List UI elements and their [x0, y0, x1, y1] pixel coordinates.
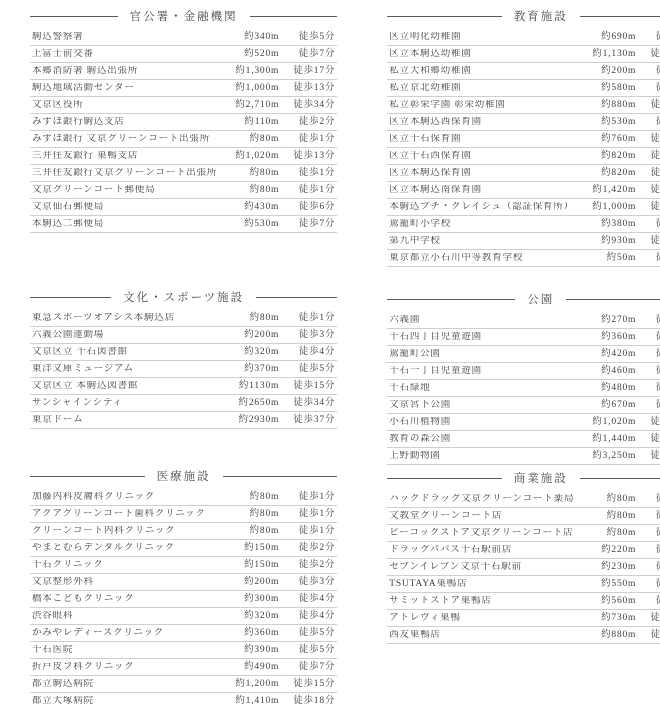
facility-distance: 約80m: [217, 509, 279, 520]
facility-walk-time: 徒歩2分: [279, 560, 335, 571]
facility-walk-time: 徒歩15分: [279, 679, 335, 690]
facility-distance: 約200m: [574, 66, 636, 77]
facility-walk-time: 徒歩1分: [279, 492, 335, 503]
facility-name: 都立駒込病院: [32, 679, 217, 690]
facility-distance: 約340m: [217, 32, 279, 43]
facility-table: 区立明化幼稚園 約690m 徒歩9分 区立本駒込幼稚園 約1,130m 徒歩15…: [387, 29, 660, 267]
facility-distance: 約150m: [217, 560, 279, 571]
facility-walk-time: 徒歩9分: [636, 400, 660, 411]
facility-walk-time: 徒歩3分: [636, 545, 660, 556]
facility-table: 六義園 約270m 徒歩4分 千石四丁目児童遊園 約360m 徒歩5分 駕籠町公…: [387, 312, 660, 465]
table-row: 小石川植物園 約1,020m 徒歩13分: [387, 414, 660, 431]
facility-walk-time: 徒歩34分: [279, 100, 335, 111]
facility-walk-time: 徒歩6分: [636, 349, 660, 360]
header-rule-left: [30, 476, 145, 477]
table-row: 渋谷眼科 約320m 徒歩4分: [30, 608, 337, 625]
facility-name: 駒込地域活動センター: [32, 83, 217, 94]
facility-walk-time: 徒歩6分: [279, 202, 335, 213]
facility-walk-time: 徒歩2分: [279, 543, 335, 554]
facility-distance: 約490m: [217, 662, 279, 673]
facility-walk-time: 徒歩13分: [636, 417, 660, 428]
facility-distance: 約1130m: [217, 381, 279, 392]
facility-walk-time: 徒歩1分: [279, 526, 335, 537]
table-row: 区立本駒込幼稚園 約1,130m 徒歩15分: [387, 46, 660, 63]
section-header-government-finance: 官公署・金融機関: [30, 8, 337, 24]
facility-walk-time: 徒歩13分: [279, 151, 335, 162]
facility-distance: 約420m: [574, 349, 636, 360]
table-row: 区立千石西保育園 約820m 徒歩11分: [387, 148, 660, 165]
facility-name: 東洋文庫ミュージアム: [32, 364, 217, 375]
facility-name: 橋本こどもクリニック: [32, 594, 217, 605]
facility-walk-time: 徒歩13分: [279, 83, 335, 94]
facility-walk-time: 徒歩6分: [636, 366, 660, 377]
header-rule-left: [30, 297, 111, 298]
facility-walk-time: 徒歩7分: [279, 219, 335, 230]
section-header-medical: 医療施設: [30, 468, 337, 484]
facility-walk-time: 徒歩4分: [636, 315, 660, 326]
table-row: ピーコックストア文京グリーンコート店 約80m 徒歩1分: [387, 525, 660, 542]
section-parks: 公園 六義園 約270m 徒歩4分 千石四丁目児童遊園 約360m 徒歩5分: [387, 291, 660, 465]
section-government-finance: 官公署・金融機関 駒込警察署 約340m 徒歩5分 上富士前交番 約520m 徒…: [30, 8, 337, 233]
table-row: 橋本こどもクリニック 約300m 徒歩4分: [30, 591, 337, 608]
facility-name: グリーンコート内科クリニック: [32, 526, 217, 537]
header-rule-right: [580, 16, 660, 17]
table-row: サンシャインシティ 約2650m 徒歩34分: [30, 395, 337, 412]
table-row: 区立千石保育園 約760m 徒歩10分: [387, 131, 660, 148]
table-row: アトレヴィ巣鴨 約730m 徒歩10分: [387, 610, 660, 627]
header-rule-right: [223, 476, 338, 477]
table-row: 東京ドーム 約2930m 徒歩37分: [30, 412, 337, 429]
facility-distance: 約1,020m: [217, 151, 279, 162]
table-row: 三井住友銀行文京グリーンコート出張所 約80m 徒歩1分: [30, 165, 337, 182]
facility-distance: 約370m: [217, 364, 279, 375]
facility-name: アクアグリーンコート歯科クリニック: [32, 509, 217, 520]
facility-name: 私立大和郷幼稚園: [389, 66, 574, 77]
facility-distance: 約80m: [574, 528, 636, 539]
facility-distance: 約150m: [217, 543, 279, 554]
header-rule-left: [30, 16, 118, 17]
facility-walk-time: 徒歩7分: [636, 117, 660, 128]
facility-name: サンシャインシティ: [32, 398, 217, 409]
table-row: 私立京北幼稚園 約580m 徒歩8分: [387, 80, 660, 97]
facility-table: 駒込警察署 約340m 徒歩5分 上富士前交番 約520m 徒歩7分 本郷消防署…: [30, 29, 337, 233]
table-row: 折戸皮フ科クリニック 約490m 徒歩7分: [30, 659, 337, 676]
facility-name: 加藤内科皮膚科クリニック: [32, 492, 217, 503]
table-row: ハックドラッグ文京グリーンコート薬局 約80m 徒歩1分: [387, 491, 660, 508]
facility-name: サミットストア巣鴨店: [389, 596, 574, 607]
facility-distance: 約530m: [574, 117, 636, 128]
table-row: ドラッグパパス千石駅前店 約220m 徒歩3分: [387, 542, 660, 559]
table-row: みずほ銀行 文京グリーンコート出張所 約80m 徒歩1分: [30, 131, 337, 148]
facility-distance: 約80m: [217, 168, 279, 179]
table-row: サミットストア巣鴨店 約560m 徒歩7分: [387, 593, 660, 610]
facility-distance: 約580m: [574, 83, 636, 94]
facility-name: 私立京北幼稚園: [389, 83, 574, 94]
facility-name: 駒込警察署: [32, 32, 217, 43]
facility-walk-time: 徒歩10分: [636, 134, 660, 145]
facility-name: 六義公園運動場: [32, 330, 217, 341]
facility-walk-time: 徒歩11分: [636, 100, 660, 111]
facility-walk-time: 徒歩8分: [636, 83, 660, 94]
facility-name: ハックドラッグ文京グリーンコート薬局: [389, 494, 574, 505]
facility-distance: 約1,000m: [217, 83, 279, 94]
facility-name: アトレヴィ巣鴨: [389, 613, 574, 624]
section-medical: 医療施設 加藤内科皮膚科クリニック 約80m 徒歩1分 アクアグリーンコート歯科…: [30, 468, 337, 704]
section-title: 文化・スポーツ施設: [111, 289, 256, 305]
facility-name: 千石医院: [32, 645, 217, 656]
facility-name: 区立本駒込幼稚園: [389, 49, 574, 60]
facility-distance: 約80m: [574, 511, 636, 522]
facility-name: ドラッグパパス千石駅前店: [389, 545, 574, 556]
facility-name: 駕籠町公園: [389, 349, 574, 360]
facility-distance: 約520m: [217, 49, 279, 60]
facility-name: 本駒込二郵便局: [32, 219, 217, 230]
facility-walk-time: 徒歩13分: [636, 202, 660, 213]
facility-distance: 約460m: [574, 366, 636, 377]
facility-walk-time: 徒歩5分: [279, 32, 335, 43]
header-rule-right: [566, 299, 660, 300]
table-row: 駕籠町公園 約420m 徒歩6分: [387, 346, 660, 363]
facility-distance: 約270m: [574, 315, 636, 326]
table-row: やまとむらデンタルクリニック 約150m 徒歩2分: [30, 540, 337, 557]
table-row: 第九中学校 約930m 徒歩12分: [387, 233, 660, 250]
facility-name: かみやレディースクリニック: [32, 628, 217, 639]
facility-distance: 約1,130m: [574, 49, 636, 60]
table-row: TSUTAYA巣鴨店 約550m 徒歩7分: [387, 576, 660, 593]
facility-table: 東急スポーツオアシス本駒込店 約80m 徒歩1分 六義公園運動場 約200m 徒…: [30, 310, 337, 429]
table-row: 都立大塚病院 約1,410m 徒歩18分: [30, 693, 337, 704]
facility-name: 折戸皮フ科クリニック: [32, 662, 217, 673]
table-row: 東京都立小石川中等教育学校 約50m 徒歩1分: [387, 250, 660, 267]
facility-name: みずほ銀行駒込支店: [32, 117, 217, 128]
facility-name: 第九中学校: [389, 236, 574, 247]
table-row: 本駒込二郵便局 約530m 徒歩7分: [30, 216, 337, 233]
table-row: 文教堂グリーンコート店 約80m 徒歩1分: [387, 508, 660, 525]
facility-walk-time: 徒歩3分: [636, 66, 660, 77]
facility-distance: 約530m: [217, 219, 279, 230]
facility-walk-time: 徒歩37分: [279, 415, 335, 426]
section-header-parks: 公園: [387, 291, 660, 307]
section-header-shopping: 商業施設: [387, 470, 660, 486]
table-row: 本駒込プチ・クレイシュ（認証保育所） 約1,000m 徒歩13分: [387, 199, 660, 216]
facility-name: 区立千石保育園: [389, 134, 574, 145]
table-row: 文京区立 千石図書館 約320m 徒歩4分: [30, 344, 337, 361]
facility-distance: 約220m: [574, 545, 636, 556]
right-column: 教育施設 区立明化幼稚園 約690m 徒歩9分 区立本駒込幼稚園 約1,130m…: [387, 8, 660, 704]
table-row: 駕籠町小学校 約380m 徒歩5分: [387, 216, 660, 233]
table-row: 加藤内科皮膚科クリニック 約80m 徒歩1分: [30, 489, 337, 506]
facility-distance: 約2930m: [217, 415, 279, 426]
facility-walk-time: 徒歩5分: [279, 628, 335, 639]
facility-distance: 約80m: [217, 313, 279, 324]
facility-name: 本駒込プチ・クレイシュ（認証保育所）: [389, 202, 574, 213]
table-row: 千石緑地 約480m 徒歩6分: [387, 380, 660, 397]
facility-name: 三井住友銀行 巣鴨支店: [32, 151, 217, 162]
facility-walk-time: 徒歩5分: [279, 364, 335, 375]
table-row: 区立明化幼稚園 約690m 徒歩9分: [387, 29, 660, 46]
table-row: 私立彰栄学園 彰栄幼稚園 約880m 徒歩11分: [387, 97, 660, 114]
facility-name: 文京グリーンコート郵便局: [32, 185, 217, 196]
facility-name: 東京ドーム: [32, 415, 217, 426]
section-shopping: 商業施設 ハックドラッグ文京グリーンコート薬局 約80m 徒歩1分 文教堂グリー…: [387, 470, 660, 644]
facility-walk-time: 徒歩41分: [636, 451, 660, 462]
facility-distance: 約230m: [574, 562, 636, 573]
facility-distance: 約730m: [574, 613, 636, 624]
facility-name: TSUTAYA巣鴨店: [389, 579, 574, 590]
header-rule-right: [580, 478, 660, 479]
table-row: 区立本駒込保育園 約820m 徒歩11分: [387, 165, 660, 182]
facility-distance: 約360m: [574, 332, 636, 343]
facility-distance: 約320m: [217, 347, 279, 358]
facility-distance: 約1,300m: [217, 66, 279, 77]
facility-name: 千石クリニック: [32, 560, 217, 571]
facility-walk-time: 徒歩4分: [279, 594, 335, 605]
table-row: 六義園 約270m 徒歩4分: [387, 312, 660, 329]
facility-distance: 約360m: [217, 628, 279, 639]
facility-name: 本郷消防署 駒込出張所: [32, 66, 217, 77]
facility-walk-time: 徒歩11分: [636, 168, 660, 179]
facility-name: 区立本駒込西保育園: [389, 117, 574, 128]
table-row: 都立駒込病院 約1,200m 徒歩15分: [30, 676, 337, 693]
facility-name: 駕籠町小学校: [389, 219, 574, 230]
facility-walk-time: 徒歩18分: [279, 696, 335, 704]
facility-distance: 約670m: [574, 400, 636, 411]
table-row: 文京区立 本駒込図書館 約1130m 徒歩15分: [30, 378, 337, 395]
facility-walk-time: 徒歩5分: [279, 645, 335, 656]
table-row: グリーンコート内科クリニック 約80m 徒歩1分: [30, 523, 337, 540]
facility-walk-time: 徒歩15分: [636, 49, 660, 60]
table-row: 東洋文庫ミュージアム 約370m 徒歩5分: [30, 361, 337, 378]
facility-distance: 約820m: [574, 168, 636, 179]
table-row: 西友巣鴨店 約880m 徒歩11分: [387, 627, 660, 644]
facility-walk-time: 徒歩7分: [636, 579, 660, 590]
facility-name: 西友巣鴨店: [389, 630, 574, 641]
table-row: 区立本駒込西保育園 約530m 徒歩7分: [387, 114, 660, 131]
facility-walk-time: 徒歩18分: [636, 434, 660, 445]
table-row: 駒込警察署 約340m 徒歩5分: [30, 29, 337, 46]
facility-walk-time: 徒歩1分: [636, 494, 660, 505]
facility-name: 千石緑地: [389, 383, 574, 394]
facility-name: やまとむらデンタルクリニック: [32, 543, 217, 554]
facility-walk-time: 徒歩1分: [279, 134, 335, 145]
header-rule-left: [387, 478, 502, 479]
facility-distance: 約2,710m: [217, 100, 279, 111]
table-row: 千石一丁目児童遊園 約460m 徒歩6分: [387, 363, 660, 380]
facility-distance: 約560m: [574, 596, 636, 607]
facility-distance: 約1,200m: [217, 679, 279, 690]
section-title: 商業施設: [502, 470, 580, 486]
facility-name: 上野動物園: [389, 451, 574, 462]
facility-distance: 約80m: [217, 185, 279, 196]
table-row: 教育の森公園 約1,440m 徒歩18分: [387, 431, 660, 448]
facility-name: 都立大塚病院: [32, 696, 217, 704]
table-row: 上富士前交番 約520m 徒歩7分: [30, 46, 337, 63]
facility-walk-time: 徒歩3分: [636, 562, 660, 573]
table-row: 区立本駒込南保育園 約1,420m 徒歩18分: [387, 182, 660, 199]
facility-walk-time: 徒歩7分: [279, 49, 335, 60]
facility-name: 私立彰栄学園 彰栄幼稚園: [389, 100, 574, 111]
facility-walk-time: 徒歩4分: [279, 611, 335, 622]
table-row: 千石医院 約390m 徒歩5分: [30, 642, 337, 659]
facility-distance: 約3,250m: [574, 451, 636, 462]
facility-walk-time: 徒歩10分: [636, 613, 660, 624]
facility-name: 小石川植物園: [389, 417, 574, 428]
facility-distance: 約880m: [574, 100, 636, 111]
facility-name: 東急スポーツオアシス本駒込店: [32, 313, 217, 324]
facility-walk-time: 徒歩1分: [636, 528, 660, 539]
facility-distance: 約930m: [574, 236, 636, 247]
facility-walk-time: 徒歩11分: [636, 630, 660, 641]
facility-distance: 約1,000m: [574, 202, 636, 213]
facility-name: みずほ銀行 文京グリーンコート出張所: [32, 134, 217, 145]
facility-name: 区立千石西保育園: [389, 151, 574, 162]
facility-walk-time: 徒歩1分: [636, 511, 660, 522]
facility-walk-time: 徒歩3分: [279, 577, 335, 588]
table-row: 東急スポーツオアシス本駒込店 約80m 徒歩1分: [30, 310, 337, 327]
facility-walk-time: 徒歩15分: [279, 381, 335, 392]
facility-name: 東京都立小石川中等教育学校: [389, 253, 574, 264]
facility-walk-time: 徒歩1分: [279, 509, 335, 520]
facility-name: 六義園: [389, 315, 574, 326]
left-column: 官公署・金融機関 駒込警察署 約340m 徒歩5分 上富士前交番 約520m 徒…: [30, 8, 337, 704]
facility-walk-time: 徒歩2分: [279, 117, 335, 128]
facility-name: 文京区立 千石図書館: [32, 347, 217, 358]
facility-name: 文京宮下公園: [389, 400, 574, 411]
facility-distance: 約760m: [574, 134, 636, 145]
facility-walk-time: 徒歩1分: [279, 185, 335, 196]
facility-distance: 約390m: [217, 645, 279, 656]
facility-distance: 約880m: [574, 630, 636, 641]
facility-table: ハックドラッグ文京グリーンコート薬局 約80m 徒歩1分 文教堂グリーンコート店…: [387, 491, 660, 644]
table-row: 六義公園運動場 約200m 徒歩3分: [30, 327, 337, 344]
facility-distance-page: 官公署・金融機関 駒込警察署 約340m 徒歩5分 上富士前交番 約520m 徒…: [0, 0, 660, 704]
facility-distance: 約2650m: [217, 398, 279, 409]
facility-distance: 約200m: [217, 577, 279, 588]
facility-walk-time: 徒歩12分: [636, 236, 660, 247]
facility-walk-time: 徒歩5分: [636, 219, 660, 230]
facility-walk-time: 徒歩1分: [279, 313, 335, 324]
facility-distance: 約690m: [574, 32, 636, 43]
table-row: 上野動物園 約3,250m 徒歩41分: [387, 448, 660, 465]
table-row: 文京グリーンコート郵便局 約80m 徒歩1分: [30, 182, 337, 199]
facility-walk-time: 徒歩6分: [636, 383, 660, 394]
facility-name: 区立本駒込南保育園: [389, 185, 574, 196]
facility-distance: 約50m: [574, 253, 636, 264]
facility-distance: 約300m: [217, 594, 279, 605]
facility-distance: 約820m: [574, 151, 636, 162]
table-row: 私立大和郷幼稚園 約200m 徒歩3分: [387, 63, 660, 80]
facility-distance: 約110m: [217, 117, 279, 128]
facility-distance: 約320m: [217, 611, 279, 622]
section-title: 公園: [515, 291, 566, 307]
table-row: みずほ銀行駒込支店 約110m 徒歩2分: [30, 114, 337, 131]
facility-distance: 約80m: [217, 526, 279, 537]
facility-distance: 約380m: [574, 219, 636, 230]
facility-distance: 約430m: [217, 202, 279, 213]
table-row: 文京整形外科 約200m 徒歩3分: [30, 574, 337, 591]
section-header-education: 教育施設: [387, 8, 660, 24]
section-title: 医療施設: [145, 468, 223, 484]
table-row: 文京区役所 約2,710m 徒歩34分: [30, 97, 337, 114]
facility-name: 文京整形外科: [32, 577, 217, 588]
table-row: セブンイレブン文京千石駅前 約230m 徒歩3分: [387, 559, 660, 576]
facility-distance: 約550m: [574, 579, 636, 590]
facility-walk-time: 徒歩18分: [636, 185, 660, 196]
facility-name: 区立明化幼稚園: [389, 32, 574, 43]
facility-walk-time: 徒歩7分: [636, 596, 660, 607]
table-row: 本郷消防署 駒込出張所 約1,300m 徒歩17分: [30, 63, 337, 80]
facility-table: 加藤内科皮膚科クリニック 約80m 徒歩1分 アクアグリーンコート歯科クリニック…: [30, 489, 337, 704]
facility-name: 文京区立 本駒込図書館: [32, 381, 217, 392]
section-education: 教育施設 区立明化幼稚園 約690m 徒歩9分 区立本駒込幼稚園 約1,130m…: [387, 8, 660, 267]
facility-name: 千石四丁目児童遊園: [389, 332, 574, 343]
facility-walk-time: 徒歩4分: [279, 347, 335, 358]
table-row: 文京仙石郵便局 約430m 徒歩6分: [30, 199, 337, 216]
facility-walk-time: 徒歩17分: [279, 66, 335, 77]
facility-walk-time: 徒歩9分: [636, 32, 660, 43]
facility-distance: 約1,440m: [574, 434, 636, 445]
header-rule-right: [256, 297, 337, 298]
facility-walk-time: 徒歩5分: [636, 332, 660, 343]
facility-distance: 約200m: [217, 330, 279, 341]
facility-name: セブンイレブン文京千石駅前: [389, 562, 574, 573]
facility-name: 文京仙石郵便局: [32, 202, 217, 213]
facility-distance: 約80m: [574, 494, 636, 505]
header-rule-left: [387, 16, 502, 17]
section-header-culture-sports: 文化・スポーツ施設: [30, 289, 337, 305]
facility-walk-time: 徒歩7分: [279, 662, 335, 673]
facility-distance: 約1,420m: [574, 185, 636, 196]
facility-name: ピーコックストア文京グリーンコート店: [389, 528, 574, 539]
table-row: 三井住友銀行 巣鴨支店 約1,020m 徒歩13分: [30, 148, 337, 165]
facility-name: 上富士前交番: [32, 49, 217, 60]
header-rule-right: [250, 16, 338, 17]
facility-name: 三井住友銀行文京グリーンコート出張所: [32, 168, 217, 179]
facility-walk-time: 徒歩1分: [636, 253, 660, 264]
header-rule-left: [387, 299, 515, 300]
table-row: 千石四丁目児童遊園 約360m 徒歩5分: [387, 329, 660, 346]
facility-name: 教育の森公園: [389, 434, 574, 445]
facility-walk-time: 徒歩3分: [279, 330, 335, 341]
facility-distance: 約1,020m: [574, 417, 636, 428]
table-row: 駒込地域活動センター 約1,000m 徒歩13分: [30, 80, 337, 97]
facility-distance: 約80m: [217, 492, 279, 503]
section-title: 教育施設: [502, 8, 580, 24]
facility-name: 千石一丁目児童遊園: [389, 366, 574, 377]
table-row: かみやレディースクリニック 約360m 徒歩5分: [30, 625, 337, 642]
facility-walk-time: 徒歩11分: [636, 151, 660, 162]
facility-name: 文京区役所: [32, 100, 217, 111]
facility-name: 文教堂グリーンコート店: [389, 511, 574, 522]
facility-name: 区立本駒込保育園: [389, 168, 574, 179]
table-row: 千石クリニック 約150m 徒歩2分: [30, 557, 337, 574]
facility-name: 渋谷眼科: [32, 611, 217, 622]
facility-walk-time: 徒歩34分: [279, 398, 335, 409]
facility-distance: 約1,410m: [217, 696, 279, 704]
facility-distance: 約80m: [217, 134, 279, 145]
table-row: 文京宮下公園 約670m 徒歩9分: [387, 397, 660, 414]
section-culture-sports: 文化・スポーツ施設 東急スポーツオアシス本駒込店 約80m 徒歩1分 六義公園運…: [30, 289, 337, 429]
table-row: アクアグリーンコート歯科クリニック 約80m 徒歩1分: [30, 506, 337, 523]
facility-distance: 約480m: [574, 383, 636, 394]
section-title: 官公署・金融機関: [118, 8, 250, 24]
facility-walk-time: 徒歩1分: [279, 168, 335, 179]
